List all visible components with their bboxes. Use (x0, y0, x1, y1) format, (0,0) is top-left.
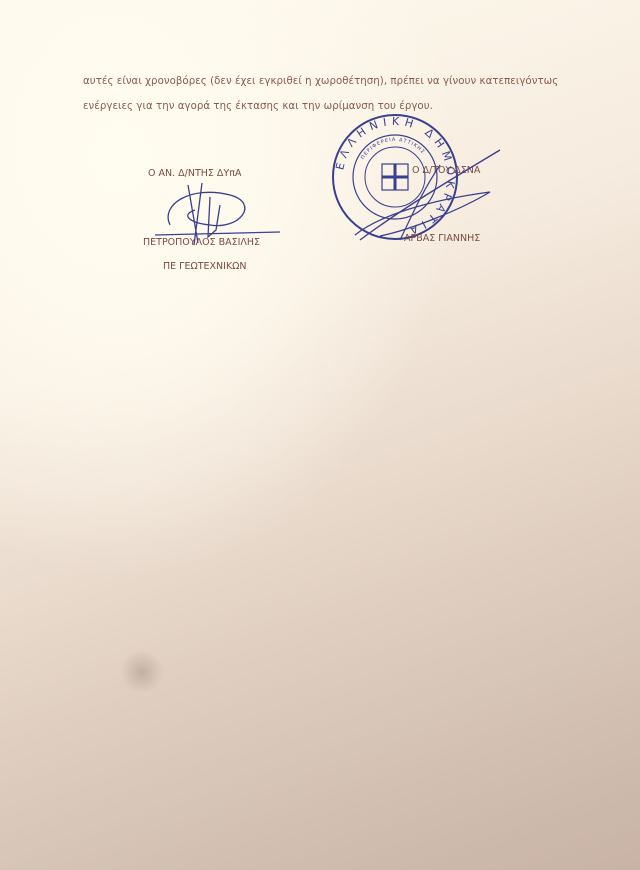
paper-edge (0, 0, 7, 62)
document-page: αυτές είναι χρονοβόρες (δεν έχει εγκριθε… (0, 0, 640, 870)
paragraph-line-2: ενέργειες για την αγορά της έκτασης και … (83, 101, 433, 112)
right-signatory-name: ΑΡΒΑΣ ΓΙΑΝΝΗΣ (404, 233, 480, 244)
left-signatory-title: ΠΕ ΓΕΩΤΕΧΝΙΚΩΝ (163, 261, 247, 272)
paragraph-line-1: αυτές είναι χρονοβόρες (δεν έχει εγκριθε… (83, 76, 558, 87)
left-signatory-name: ΠΕΤΡΟΠΟΥΛΟΣ ΒΑΣΙΛΗΣ (143, 237, 260, 248)
